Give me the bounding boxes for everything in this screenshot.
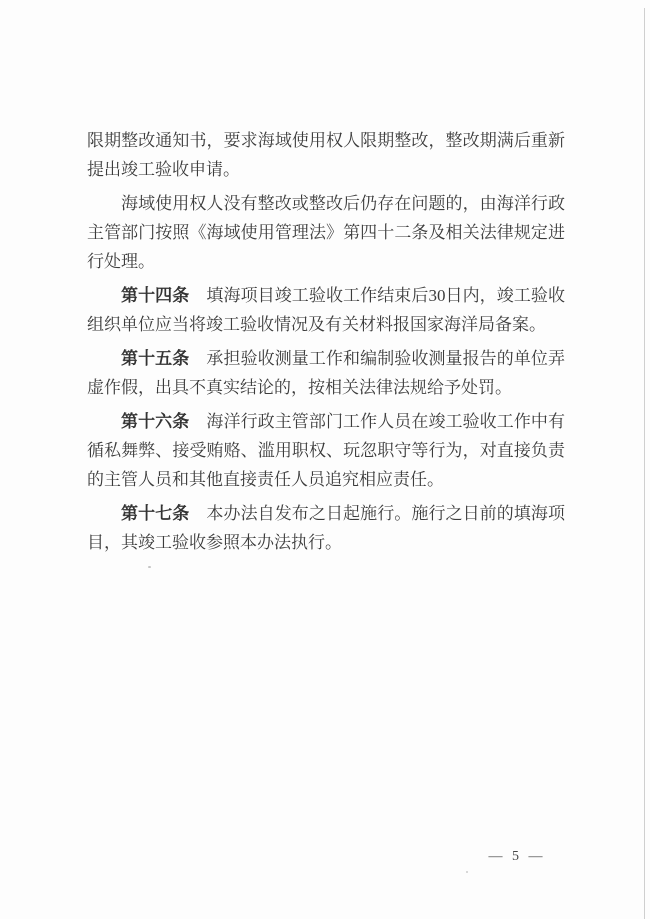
paragraph: 限期整改通知书，要求海域使用权人限期整改，整改期满后重新提出竣工验收申请。 [87, 126, 565, 184]
paragraph: 海域使用权人没有整改或整改后仍存在问题的，由海洋行政主管部门按照《海域使用管理法… [87, 189, 565, 276]
paragraph: 第十四条 填海项目竣工验收工作结束后30日内，竣工验收组织单位应当将竣工验收情况… [87, 281, 565, 339]
article-number-heading: 第十四条 [121, 286, 189, 305]
paragraph: 第十六条 海洋行政主管部门工作人员在竣工验收工作中有循私舞弊、接受贿赂、滥用职权… [87, 407, 565, 494]
article-number-heading: 第十五条 [121, 349, 189, 368]
paragraph-text: 限期整改通知书，要求海域使用权人限期整改，整改期满后重新提出竣工验收申请。 [87, 131, 565, 179]
scan-speck [466, 871, 468, 873]
text-block: 限期整改通知书，要求海域使用权人限期整改，整改期满后重新提出竣工验收申请。海域使… [87, 126, 565, 562]
paragraph: 第十五条 承担验收测量工作和编制验收测量报告的单位弄虚作假，出具不真实结论的，按… [87, 344, 565, 402]
article-number-heading: 第十七条 [121, 504, 189, 523]
page-number: — 5 — [457, 849, 577, 865]
document-page: 限期整改通知书，要求海域使用权人限期整改，整改期满后重新提出竣工验收申请。海域使… [0, 0, 650, 919]
scan-edge-line [644, 8, 645, 919]
scan-speck [148, 566, 151, 568]
paragraph: 第十七条 本办法自发布之日起施行。施行之日前的填海项目，其竣工验收参照本办法执行… [87, 499, 565, 557]
paragraph-text: 海域使用权人没有整改或整改后仍存在问题的，由海洋行政主管部门按照《海域使用管理法… [87, 194, 565, 271]
article-number-heading: 第十六条 [121, 412, 189, 431]
